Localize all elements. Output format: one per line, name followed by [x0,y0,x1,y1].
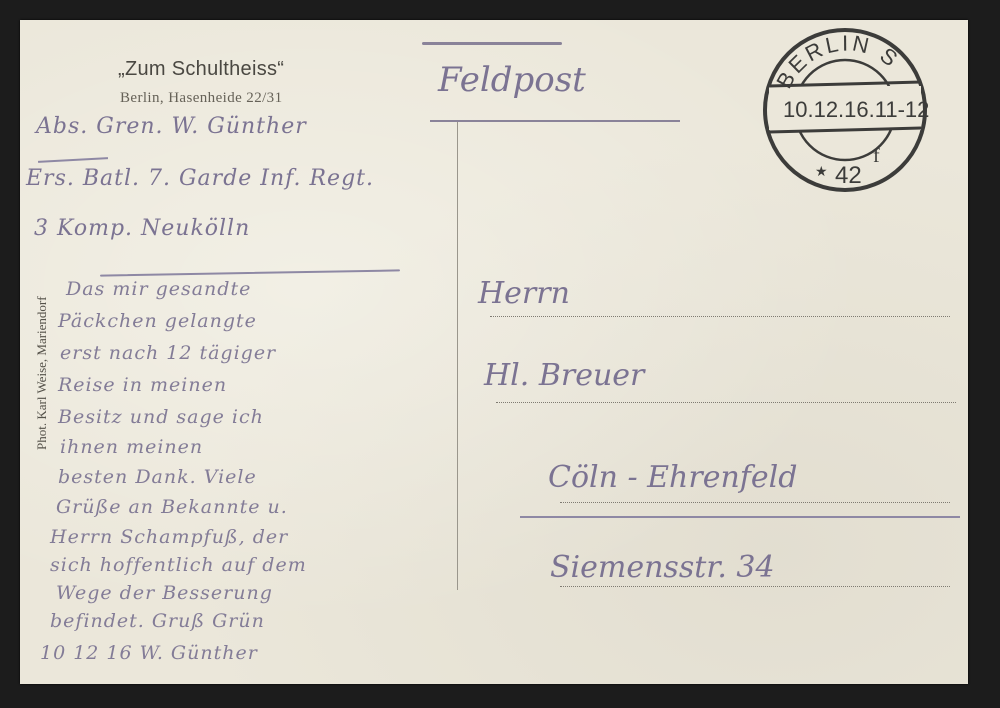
printed-title: „Zum Schultheiss“ [118,58,284,81]
postmark-icon: BERLIN S 10.12.16.11-12 N ★ 42 f [755,20,935,200]
message-line-12: befindet. Gruß Grün [50,610,265,632]
postmark-star: ★ [815,163,828,179]
message-line-2: Päckchen gelangte [58,310,257,332]
postmark-letter: f [873,145,880,167]
address-line-4 [560,586,950,587]
sender-underline [38,157,108,162]
card-divider [457,120,458,590]
feldpost-underline [430,120,680,122]
message-line-11: Wege der Besserung [56,582,273,604]
recipient-street: Siemensstr. 34 [550,550,775,585]
sender-line-3: 3 Komp. Neukölln [34,216,250,241]
recipient-salutation: Herrn [478,276,570,311]
message-line-3: erst nach 12 tägiger [60,342,276,364]
printed-address: Berlin, Hasenheide 22/31 [120,90,282,107]
message-line-4: Reise in meinen [58,374,227,396]
address-line-2 [496,402,956,403]
postmark-stamp: BERLIN S 10.12.16.11-12 N ★ 42 f [755,20,935,200]
sender-line-1: Abs. Gren. W. Günther [36,114,307,139]
photo-credit: Phot. Karl Weise, Mariendorf [34,296,50,450]
message-flourish [100,269,400,276]
message-line-10: sich hoffentlich auf dem [50,554,307,576]
message-line-9: Herrn Schampfuß, der [50,526,288,548]
message-line-6: ihnen meinen [60,436,203,458]
feldpost-flourish [422,42,562,45]
message-line-1: Das mir gesandte [66,278,251,300]
city-underline [520,516,960,518]
recipient-name: Hl. Breuer [484,358,644,393]
postmark-office: 42 [835,162,862,189]
message-line-7: besten Dank. Viele [58,466,257,488]
message-line-8: Grüße an Bekannte u. [56,496,288,518]
message-line-5: Besitz und sage ich [58,406,264,428]
message-signature-date: 10 12 16 W. Günther [40,642,258,664]
postcard: „Zum Schultheiss“ Berlin, Hasenheide 22/… [20,20,968,684]
recipient-city: Cöln - Ehrenfeld [548,460,797,495]
postmark-datetime: 10.12.16.11-12 N [783,97,935,122]
feldpost-marking: Feldpost [438,60,586,100]
sender-line-2: Ers. Batl. 7. Garde Inf. Regt. [26,166,374,191]
address-line-1 [490,316,950,317]
address-line-3 [560,502,950,503]
